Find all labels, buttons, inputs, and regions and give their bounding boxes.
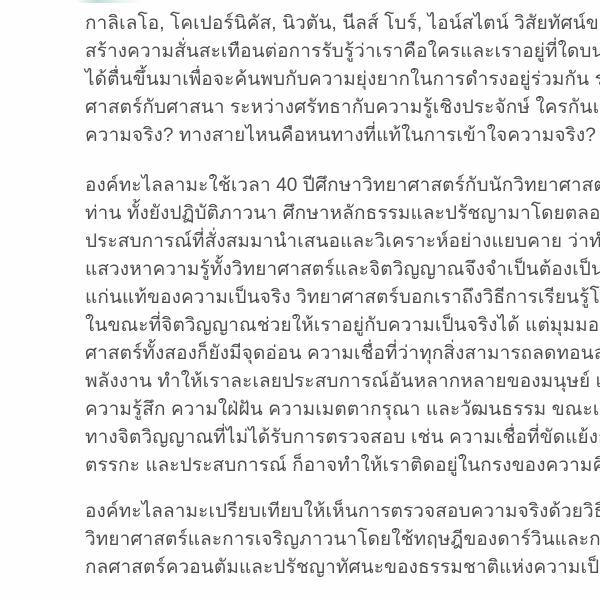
paragraph-2: องค์ทะไลลามะใช้เวลา 40 ปีศึกษาวิทยาศาสตร… — [85, 172, 521, 480]
text-line: พลังงาน ทำให้เราละเลยประสบการณ์อันหลากหล… — [85, 368, 521, 396]
book-page: กาลิเลโอ, โคเปอร์นิคัส, นิวตัน, นีลส์ โบ… — [0, 0, 600, 600]
text-line: ได้ตื่นขึ้นมาเพื่อจะค้นพบกับความยุ่งยากใ… — [85, 66, 521, 94]
text-line: ความรู้สึก ความใฝ่ฝัน ความเมตตากรุณา และ… — [85, 396, 521, 424]
text-line: แสวงหาความรู้ทั้งวิทยาศาสตร์และจิตวิญญาณ… — [85, 256, 521, 284]
text-line: กาลิเลโอ, โคเปอร์นิคัส, นิวตัน, นีลส์ โบ… — [85, 10, 521, 38]
paragraph-3: องค์ทะไลลามะเปรียบเทียบให้เห็นการตรวจสอบ… — [85, 498, 521, 582]
text-line: ในขณะที่จิตวิญญาณช่วยให้เราอยู่กับความเป… — [85, 312, 521, 340]
text-line: องค์ทะไลลามะเปรียบเทียบให้เห็นการตรวจสอบ… — [85, 498, 521, 526]
text-line: สร้างความสั่นสะเทือนต่อการรับรู้ว่าเราคื… — [85, 38, 521, 66]
top-edge-artifact — [78, 0, 140, 3]
text-line: ความจริง? ทางสายไหนคือหนทางที่แท้ในการเข… — [85, 122, 521, 150]
text-line: ศาสตร์กับศาสนา ระหว่างศรัทธากับความรู้เช… — [85, 94, 521, 122]
text-line: ตรรกะ และประสบการณ์ ก็อาจทำให้เราติดอยู่… — [85, 452, 521, 480]
text-line: กลศาสตร์ควอนตัมและปรัชญาทัศนะของธรรมชาติ… — [85, 554, 521, 582]
text-block: กาลิเลโอ, โคเปอร์นิคัส, นิวตัน, นีลส์ โบ… — [85, 10, 521, 582]
text-line: ทางจิตวิญญาณที่ไม่ได้รับการตรวจสอบ เช่น … — [85, 424, 521, 452]
text-line: ท่าน ทั้งยังปฏิบัติภาวนา ศึกษาหลักธรรมแล… — [85, 200, 521, 228]
text-line: ศาสตร์ทั้งสองก็ยังมีจุดอ่อน ความเชื่อที่… — [85, 340, 521, 368]
text-line: ประสบการณ์ที่สั่งสมมานำเสนอและวิเคราะห์อ… — [85, 228, 521, 256]
paragraph-1: กาลิเลโอ, โคเปอร์นิคัส, นิวตัน, นีลส์ โบ… — [85, 10, 521, 150]
text-line: องค์ทะไลลามะใช้เวลา 40 ปีศึกษาวิทยาศาสตร… — [85, 172, 521, 200]
text-line: วิทยาศาสตร์และการเจริญภาวนาโดยใช้ทฤษฎีขอ… — [85, 526, 521, 554]
text-line: แก่นแท้ของความเป็นจริง วิทยาศาสตร์บอกเรา… — [85, 284, 521, 312]
